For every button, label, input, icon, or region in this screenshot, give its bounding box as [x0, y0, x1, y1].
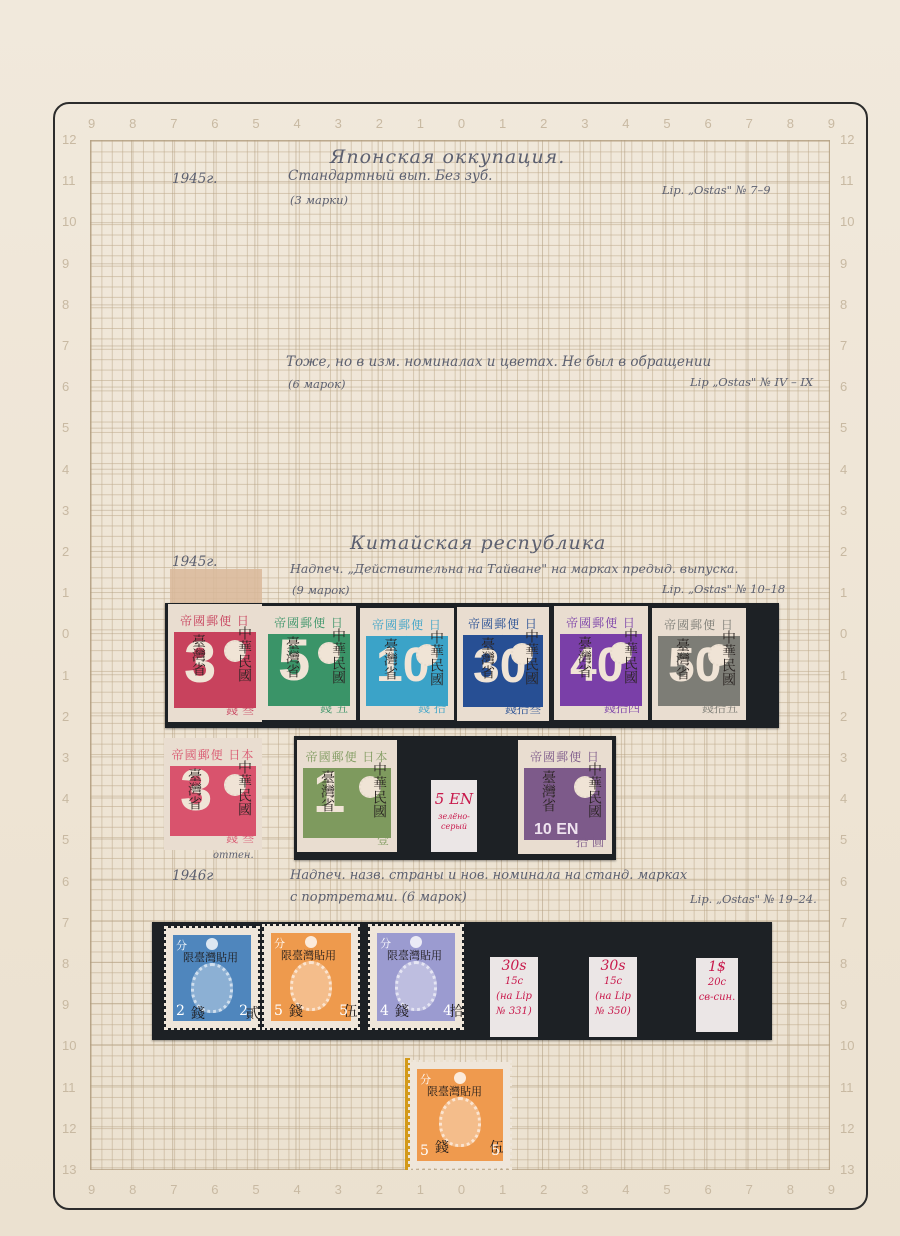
stamp-value: 4 [443, 1003, 452, 1019]
section2-desc: Надпеч. „Действительна на Тайване" на ма… [290, 561, 738, 576]
stamp-design: 分限臺灣貼用錢 伍55 [417, 1069, 503, 1161]
axis-label-bottom: 7 [170, 1182, 177, 1197]
stamp-jp-overprint: 帝國郵便 日本50中華民國臺灣省錢拾五 [652, 608, 746, 720]
axis-label-bottom: 9 [88, 1182, 95, 1197]
stamp-design: 分限臺灣貼用錢 伍55 [271, 933, 351, 1021]
stamp-jp-overprint: 帝國郵便 日本5中華民國臺灣省錢 五 [262, 606, 356, 720]
axis-label-bottom: 1 [499, 1182, 506, 1197]
axis-label-right: 6 [840, 874, 847, 889]
axis-label-top: 6 [705, 116, 712, 131]
axis-label-right: 7 [840, 915, 847, 930]
axis-label-bottom: 5 [252, 1182, 259, 1197]
overprint-republic: 中華民國 [586, 762, 602, 818]
axis-label-right: 4 [840, 791, 847, 806]
axis-label-left: 0 [62, 626, 69, 641]
overprint-taiwan: 臺灣省 [576, 636, 592, 678]
axis-label-top: 3 [581, 116, 588, 131]
axis-label-bottom: 6 [705, 1182, 712, 1197]
axis-label-right: 13 [840, 1162, 854, 1177]
stamp-denomination-text: 拾 圓 [576, 833, 604, 850]
axis-label-top: 1 [499, 116, 506, 131]
stamp-value: 5 [491, 1143, 500, 1159]
placeholder-card-line1: 30s [590, 959, 636, 974]
axis-label-right: 9 [840, 997, 847, 1012]
stamp-design: 分限臺灣貼用錢 拾44 [377, 933, 455, 1021]
axis-label-left: 2 [62, 709, 69, 724]
axis-label-top: 8 [787, 116, 794, 131]
overprint-taiwan: 臺灣省 [674, 638, 690, 680]
axis-label-right: 5 [840, 420, 847, 435]
axis-label-right: 3 [840, 750, 847, 765]
axis-label-left: 2 [62, 544, 69, 559]
stamp-selvage [170, 569, 262, 605]
axis-label-right: 8 [840, 956, 847, 971]
axis-label-left: 13 [62, 1162, 76, 1177]
axis-label-right: 0 [840, 626, 847, 641]
axis-label-left: 11 [62, 173, 76, 188]
axis-label-top: 7 [746, 116, 753, 131]
stamp-portrait-overprint: 分限臺灣貼用錢 拾44 [370, 926, 462, 1028]
axis-label-left: 4 [62, 791, 69, 806]
axis-label-right: 10 [840, 1038, 854, 1053]
axis-label-bottom: 8 [129, 1182, 136, 1197]
stamp-value: 5 [420, 1143, 429, 1159]
axis-label-right: 10 [840, 214, 854, 229]
axis-label-right: 6 [840, 379, 847, 394]
section1-count2: (6 марок) [288, 377, 346, 391]
overprint-taiwan: 臺灣省 [540, 770, 556, 812]
album-page: Японская оккупация. 1945г. Стандартный в… [0, 0, 900, 1236]
section2-count: (9 марок) [292, 583, 350, 597]
axis-label-bottom: 1 [417, 1182, 424, 1197]
axis-label-left: 4 [62, 462, 69, 477]
section2-year: 1945г. [172, 554, 217, 570]
axis-label-top: 6 [211, 116, 218, 131]
stamp-jp-overprint: 帝國郵便 日本1中華民國臺灣省壹 [297, 740, 397, 852]
axis-label-left: 10 [62, 214, 76, 229]
overprint-taiwan-use: 限臺灣貼用 [387, 947, 442, 963]
axis-label-bottom: 5 [663, 1182, 670, 1197]
axis-label-top: 9 [88, 116, 95, 131]
axis-label-bottom: 3 [581, 1182, 588, 1197]
stamp-portrait-overprint: 分限臺灣貼用錢 伍55 [410, 1062, 510, 1168]
section2-ref: Lip. „Ostas" № 10–18 [662, 582, 785, 596]
placeholder-card-line1: 1$ [697, 960, 737, 975]
placeholder-card-line3: св-син. [697, 990, 737, 1005]
overprint-republic: 中華民國 [523, 629, 539, 685]
stamp-denomination-text: 錢 叁 [226, 829, 254, 846]
axis-label-right: 11 [840, 1080, 854, 1095]
section1-year: 1945г. [172, 171, 217, 187]
axis-label-right: 8 [840, 297, 847, 312]
axis-label-top: 4 [294, 116, 301, 131]
overprint-taiwan: 臺灣省 [382, 638, 398, 680]
stamp-jp-overprint: 帝國郵便 日本10中華民國臺灣省錢 拾 [360, 608, 454, 720]
axis-label-top: 5 [663, 116, 670, 131]
axis-label-bottom: 6 [211, 1182, 218, 1197]
section3-desc2: с портретами. (6 марок) [290, 890, 467, 905]
overprint-republic: 中華民國 [236, 626, 252, 682]
overprint-republic: 中華民國 [330, 628, 346, 684]
axis-label-bottom: 2 [540, 1182, 547, 1197]
stamp-value: 2 [239, 1003, 248, 1019]
axis-label-bottom: 7 [746, 1182, 753, 1197]
axis-label-right: 3 [840, 503, 847, 518]
axis-label-right: 5 [840, 832, 847, 847]
axis-label-top: 2 [540, 116, 547, 131]
section1-ref: Lip. „Ostas" № 7–9 [662, 183, 771, 197]
overprint-republic: 中華民國 [428, 630, 444, 686]
axis-label-left: 6 [62, 379, 69, 394]
stamp-denomination-text: 錢拾四 [604, 699, 640, 716]
overprint-taiwan-use: 限臺灣貼用 [427, 1083, 482, 1099]
placeholder-card-value: 5 EN [432, 790, 476, 808]
overprint-republic: 中華民國 [622, 628, 638, 684]
stamp-portrait-overprint: 分限臺灣貼用錢 貳22 [166, 928, 258, 1028]
axis-label-bottom: 8 [787, 1182, 794, 1197]
axis-label-top: 2 [376, 116, 383, 131]
placeholder-card-line3: (на Lip [491, 989, 537, 1004]
section1-desc: Стандартный вып. Без зуб. [288, 168, 492, 184]
stamp-value: 2 [176, 1003, 185, 1019]
axis-label-bottom: 9 [828, 1182, 835, 1197]
overprint-taiwan: 臺灣省 [190, 634, 206, 676]
axis-label-left: 12 [62, 1121, 76, 1136]
overprint-republic: 中華民國 [720, 630, 736, 686]
overprint-taiwan: 臺灣省 [479, 637, 495, 679]
stamp-jp-overprint: 帝國郵便 日本40中華民國臺灣省錢拾四 [554, 606, 648, 720]
section1-count: (3 марки) [290, 193, 348, 207]
overprint-republic: 中華民國 [236, 760, 252, 816]
section3-year: 1946г [172, 868, 213, 884]
axis-label-left: 12 [62, 132, 76, 147]
axis-label-right: 12 [840, 132, 854, 147]
stamp-denomination-text: 錢 拾 [418, 699, 446, 716]
overprint-taiwan: 臺灣省 [284, 636, 300, 678]
axis-label-right: 11 [840, 173, 854, 188]
section1-ref2: Lip „Ostas" № IV – IX [690, 375, 813, 389]
placeholder-card-line2: 20c [697, 975, 737, 990]
placeholder-card-line2: 15c [590, 974, 636, 989]
axis-label-left: 7 [62, 338, 69, 353]
axis-label-bottom: 2 [376, 1182, 383, 1197]
axis-label-bottom: 4 [622, 1182, 629, 1197]
stamp-value: 10 EN [534, 822, 578, 838]
placeholder-card-line1: 30s [491, 959, 537, 974]
axis-label-top: 4 [622, 116, 629, 131]
axis-label-left: 3 [62, 750, 69, 765]
stamp-jp-overprint: 帝國郵便 日本30中華民國臺灣省錢拾叁 [457, 607, 549, 721]
axis-label-left: 1 [62, 585, 69, 600]
stamp-jp-overprint: 帝國郵便 日本3中華民國臺灣省錢 叁 [164, 738, 262, 850]
section2-title: Китайская республика [350, 532, 606, 554]
axis-label-left: 5 [62, 420, 69, 435]
axis-label-top: 7 [170, 116, 177, 131]
stamp-value: 5 [339, 1003, 348, 1019]
stamp-denomination-text: 錢 五 [320, 699, 348, 716]
axis-label-top: 0 [458, 116, 465, 131]
stamp-denomination-text: 錢拾五 [702, 699, 738, 716]
shade-note: оттен. [213, 850, 254, 861]
axis-label-left: 11 [62, 1080, 76, 1095]
axis-label-bottom: 0 [458, 1182, 465, 1197]
axis-label-top: 5 [252, 116, 259, 131]
axis-label-right: 1 [840, 668, 847, 683]
stamp-jp-overprint: 帝國郵便 日本10 EN中華民國臺灣省拾 圓 [518, 740, 612, 854]
stamp-denomination-text: 錢拾叁 [505, 700, 541, 717]
axis-label-right: 7 [840, 338, 847, 353]
stamp-value: 5 [274, 1003, 283, 1019]
axis-label-right: 2 [840, 709, 847, 724]
placeholder-card-line2: 15c [491, 974, 537, 989]
axis-label-right: 4 [840, 462, 847, 477]
overprint-taiwan: 臺灣省 [319, 770, 335, 812]
placeholder-card: 1$20cсв-син. [696, 958, 738, 1032]
section1-desc2: Тоже, но в изм. номиналах и цветах. Не б… [286, 354, 711, 370]
axis-label-left: 9 [62, 256, 69, 271]
axis-label-right: 12 [840, 1121, 854, 1136]
overprint-taiwan-use: 限臺灣貼用 [183, 949, 238, 965]
stamp-denomination-text: 錢 叁 [226, 701, 254, 718]
axis-label-left: 1 [62, 668, 69, 683]
axis-label-left: 3 [62, 503, 69, 518]
section1-title: Японская оккупация. [330, 146, 565, 168]
section3-desc: Надпеч. назв. страны и нов. номинала на … [290, 868, 687, 883]
axis-label-left: 8 [62, 956, 69, 971]
axis-label-left: 10 [62, 1038, 76, 1053]
placeholder-card: 30s15c(на Lip№ 350) [589, 957, 637, 1037]
axis-label-bottom: 3 [335, 1182, 342, 1197]
axis-label-left: 7 [62, 915, 69, 930]
stamp-value: 4 [380, 1003, 389, 1019]
axis-label-bottom: 4 [294, 1182, 301, 1197]
section3-ref: Lip. „Ostas" № 19–24. [690, 892, 817, 906]
axis-label-top: 1 [417, 116, 424, 131]
placeholder-card-line3: (на Lip [590, 989, 636, 1004]
axis-label-left: 8 [62, 297, 69, 312]
axis-label-right: 1 [840, 585, 847, 600]
stamp-jp-overprint: 帝國郵便 日本3中華民國臺灣省錢 叁 [168, 604, 262, 722]
overprint-taiwan-use: 限臺灣貼用 [281, 947, 336, 963]
axis-label-left: 5 [62, 832, 69, 847]
axis-label-top: 8 [129, 116, 136, 131]
stamp-design: 分限臺灣貼用錢 貳22 [173, 935, 251, 1021]
axis-label-top: 3 [335, 116, 342, 131]
placeholder-card-line4: № 350) [590, 1004, 636, 1019]
overprint-taiwan: 臺灣省 [186, 768, 202, 810]
axis-label-right: 2 [840, 544, 847, 559]
axis-label-left: 6 [62, 874, 69, 889]
axis-label-right: 9 [840, 256, 847, 271]
stamp-denomination-text: 壹 [377, 831, 389, 848]
placeholder-card: 30s15c(на Lip№ 331) [490, 957, 538, 1037]
stamp-portrait-overprint: 分限臺灣貼用錢 伍55 [264, 926, 358, 1028]
axis-label-top: 9 [828, 116, 835, 131]
placeholder-card-5en: 5 EN зелёно-серый [431, 780, 477, 852]
axis-label-left: 9 [62, 997, 69, 1012]
overprint-republic: 中華民國 [371, 762, 387, 818]
placeholder-card-note: зелёно-серый [432, 812, 476, 832]
placeholder-card-line4: № 331) [491, 1004, 537, 1019]
